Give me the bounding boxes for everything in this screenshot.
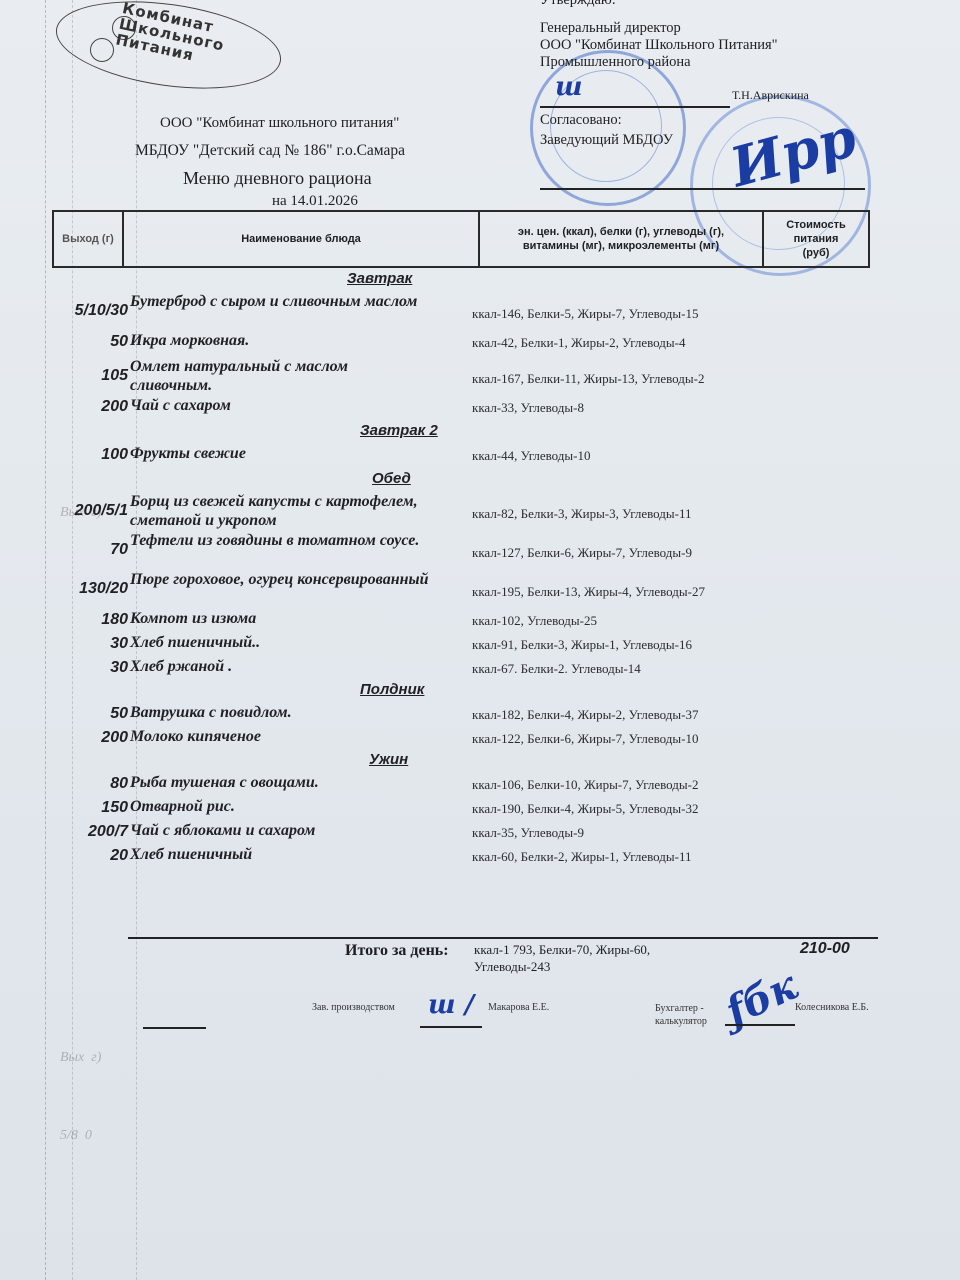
item-nutrition: ккал-60, Белки-2, Жиры-1, Углеводы-11 [472, 849, 692, 865]
accountant-label-line: Бухгалтер - [655, 1002, 707, 1015]
approver-company: ООО "Комбинат Школьного Питания" [540, 37, 778, 54]
blank-signature-line [143, 1027, 206, 1029]
director-signature-line [540, 106, 730, 108]
item-nutrition: ккал-44, Углеводы-10 [472, 448, 590, 464]
item-quantity: 200 [60, 398, 128, 416]
item-dish-name: Тефтели из говядины в томатном соусе. [130, 531, 430, 550]
total-label: Итого за день: [345, 942, 449, 960]
menu-table-body: Завтрак5/10/30Бутерброд с сыром и сливоч… [60, 270, 880, 869]
menu-item-row: 30Хлеб ржаной .ккал-67. Белки-2. Углевод… [60, 657, 880, 681]
bleed-through-text: Вых г) [60, 1050, 101, 1066]
item-quantity: 50 [60, 333, 128, 351]
total-cost: 210-00 [800, 940, 850, 958]
column-header-dish: Наименование блюда [124, 212, 480, 266]
head-signature-line [540, 188, 865, 190]
item-nutrition: ккал-195, Белки-13, Жиры-4, Углеводы-27 [472, 584, 705, 600]
item-nutrition: ккал-33, Углеводы-8 [472, 400, 584, 416]
director-signature: ш [555, 72, 583, 102]
menu-item-row: 105Омлет натуральный с маслом сливочным.… [60, 357, 880, 396]
item-dish-name: Фрукты свежие [130, 444, 430, 463]
approval-block: Утверждаю: Генеральный директор ООО "Ком… [540, 0, 778, 71]
agreed-position: Заведующий МБДОУ [540, 130, 673, 150]
section-header: Ужин [60, 751, 880, 773]
total-nutrition: ккал-1 793, Белки-70, Жиры-60, Углеводы-… [474, 941, 650, 975]
menu-item-row: 100Фрукты свежиеккал-44, Углеводы-10 [60, 444, 880, 470]
total-nutrition-line: Углеводы-243 [474, 958, 650, 975]
approver-district: Промышленного района [540, 54, 778, 71]
accountant-label: Бухгалтер - калькулятор [655, 1002, 707, 1028]
item-dish-name: Отварной рис. [130, 797, 430, 816]
section-header: Обед [60, 470, 880, 492]
item-quantity: 200/5/1 [60, 502, 128, 520]
accountant-signature-line [725, 1024, 795, 1026]
agreed-block: Согласовано: Заведующий МБДОУ [540, 110, 673, 150]
menu-item-row: 20Хлеб пшеничныйккал-60, Белки-2, Жиры-1… [60, 845, 880, 869]
menu-item-row: 200/7Чай с яблоками и сахаромккал-35, Уг… [60, 821, 880, 845]
production-signature: ш / [428, 990, 474, 1020]
item-dish-name: Молоко кипяченое [130, 727, 430, 746]
item-dish-name: Хлеб пшеничный.. [130, 633, 430, 652]
menu-item-row: 150Отварной рис.ккал-190, Белки-4, Жиры-… [60, 797, 880, 821]
item-quantity: 50 [60, 705, 128, 723]
item-quantity: 180 [60, 611, 128, 629]
item-dish-name: Компот из изюма [130, 609, 430, 628]
production-signature-line [420, 1026, 482, 1028]
section-header: Завтрак [60, 270, 880, 292]
item-dish-name: Хлеб ржаной . [130, 657, 430, 676]
director-name: Т.Н.Аврискина [732, 88, 809, 103]
menu-item-row: 200/5/1Борщ из свежей капусты с картофел… [60, 492, 880, 531]
item-dish-name: Пюре гороховое, огурец консервированный [130, 570, 430, 589]
total-nutrition-line: ккал-1 793, Белки-70, Жиры-60, [474, 941, 650, 958]
item-nutrition: ккал-42, Белки-1, Жиры-2, Углеводы-4 [472, 335, 685, 351]
menu-item-row: 5/10/30Бутерброд с сыром и сливочным мас… [60, 292, 880, 331]
section-title: Ужин [369, 751, 408, 768]
menu-item-row: 70Тефтели из говядины в томатном соусе.к… [60, 531, 880, 570]
page-title: Меню дневного рациона [183, 168, 372, 189]
section-title: Завтрак [347, 270, 412, 287]
item-quantity: 200 [60, 729, 128, 747]
accountant-name: Колесникова Е.Б. [795, 1002, 869, 1013]
item-dish-name: Чай с сахаром [130, 396, 430, 415]
menu-item-row: 180Компот из изюмаккал-102, Углеводы-25 [60, 609, 880, 633]
item-dish-name: Хлеб пшеничный [130, 845, 430, 864]
section-title: Завтрак 2 [360, 422, 438, 439]
item-quantity: 30 [60, 659, 128, 677]
item-dish-name: Рыба тушеная с овощами. [130, 773, 430, 792]
item-nutrition: ккал-122, Белки-6, Жиры-7, Углеводы-10 [472, 731, 698, 747]
approve-label: Утверждаю: [540, 0, 778, 9]
item-quantity: 80 [60, 775, 128, 793]
item-quantity: 105 [60, 367, 128, 385]
item-quantity: 200/7 [60, 823, 128, 841]
item-dish-name: Ватрушка с повидлом. [130, 703, 430, 722]
item-dish-name: Бутерброд с сыром и сливочным маслом [130, 292, 430, 311]
section-header: Завтрак 2 [60, 422, 880, 444]
item-quantity: 150 [60, 799, 128, 817]
menu-item-row: 50Икра морковная.ккал-42, Белки-1, Жиры-… [60, 331, 880, 357]
item-nutrition: ккал-190, Белки-4, Жиры-5, Углеводы-32 [472, 801, 698, 817]
logo-child-face-icon [90, 38, 114, 62]
item-nutrition: ккал-182, Белки-4, Жиры-2, Углеводы-37 [472, 707, 698, 723]
item-nutrition: ккал-146, Белки-5, Жиры-7, Углеводы-15 [472, 306, 698, 322]
menu-item-row: 130/20Пюре гороховое, огурец консервиров… [60, 570, 880, 609]
item-quantity: 30 [60, 635, 128, 653]
menu-date: на 14.01.2026 [272, 193, 358, 210]
production-label: Зав. производством [312, 1002, 395, 1013]
item-nutrition: ккал-106, Белки-10, Жиры-7, Углеводы-2 [472, 777, 698, 793]
menu-item-row: 80Рыба тушеная с овощами.ккал-106, Белки… [60, 773, 880, 797]
item-quantity: 20 [60, 847, 128, 865]
section-header: Полдник [60, 681, 880, 703]
menu-item-row: 30Хлеб пшеничный..ккал-91, Белки-3, Жиры… [60, 633, 880, 657]
item-dish-name: Чай с яблоками и сахаром [130, 821, 430, 840]
item-nutrition: ккал-91, Белки-3, Жиры-1, Углеводы-16 [472, 637, 692, 653]
item-quantity: 70 [60, 541, 128, 559]
section-title: Обед [372, 470, 411, 487]
menu-table-header: Выход (г) Наименование блюда эн. цен. (к… [52, 210, 870, 268]
kindergarten-name: МБДОУ "Детский сад № 186" г.о.Самара [135, 142, 405, 160]
item-dish-name: Борщ из свежей капусты с картофелем, сме… [130, 492, 430, 530]
item-nutrition: ккал-35, Углеводы-9 [472, 825, 584, 841]
section-title: Полдник [360, 681, 424, 698]
approver-position: Генеральный директор [540, 20, 778, 37]
agreed-label: Согласовано: [540, 110, 673, 130]
item-nutrition: ккал-67. Белки-2. Углеводы-14 [472, 661, 641, 677]
total-divider [128, 937, 878, 939]
column-header-cost: Стоимость питания (руб) [766, 212, 866, 266]
item-quantity: 5/10/30 [60, 302, 128, 320]
item-nutrition: ккал-127, Белки-6, Жиры-7, Углеводы-9 [472, 545, 692, 561]
menu-item-row: 200Молоко кипяченоеккал-122, Белки-6, Жи… [60, 727, 880, 751]
accountant-label-line: калькулятор [655, 1015, 707, 1028]
item-quantity: 130/20 [60, 580, 128, 598]
item-quantity: 100 [60, 446, 128, 464]
bleed-through-text: 5/8 0 [60, 1128, 92, 1144]
organization-name: ООО "Комбинат школьного питания" [160, 115, 399, 132]
column-header-nutrition: эн. цен. (ккал), белки (г), углеводы (г)… [480, 212, 764, 266]
column-header-qty: Выход (г) [54, 212, 124, 266]
menu-item-row: 200Чай с сахаромккал-33, Углеводы-8 [60, 396, 880, 422]
item-dish-name: Икра морковная. [130, 331, 430, 350]
item-nutrition: ккал-102, Углеводы-25 [472, 613, 597, 629]
item-nutrition: ккал-82, Белки-3, Жиры-3, Углеводы-11 [472, 506, 692, 522]
item-nutrition: ккал-167, Белки-11, Жиры-13, Углеводы-2 [472, 371, 705, 387]
item-dish-name: Омлет натуральный с маслом сливочным. [130, 357, 430, 395]
production-name: Макарова Е.Е. [488, 1002, 549, 1013]
menu-item-row: 50Ватрушка с повидлом.ккал-182, Белки-4,… [60, 703, 880, 727]
